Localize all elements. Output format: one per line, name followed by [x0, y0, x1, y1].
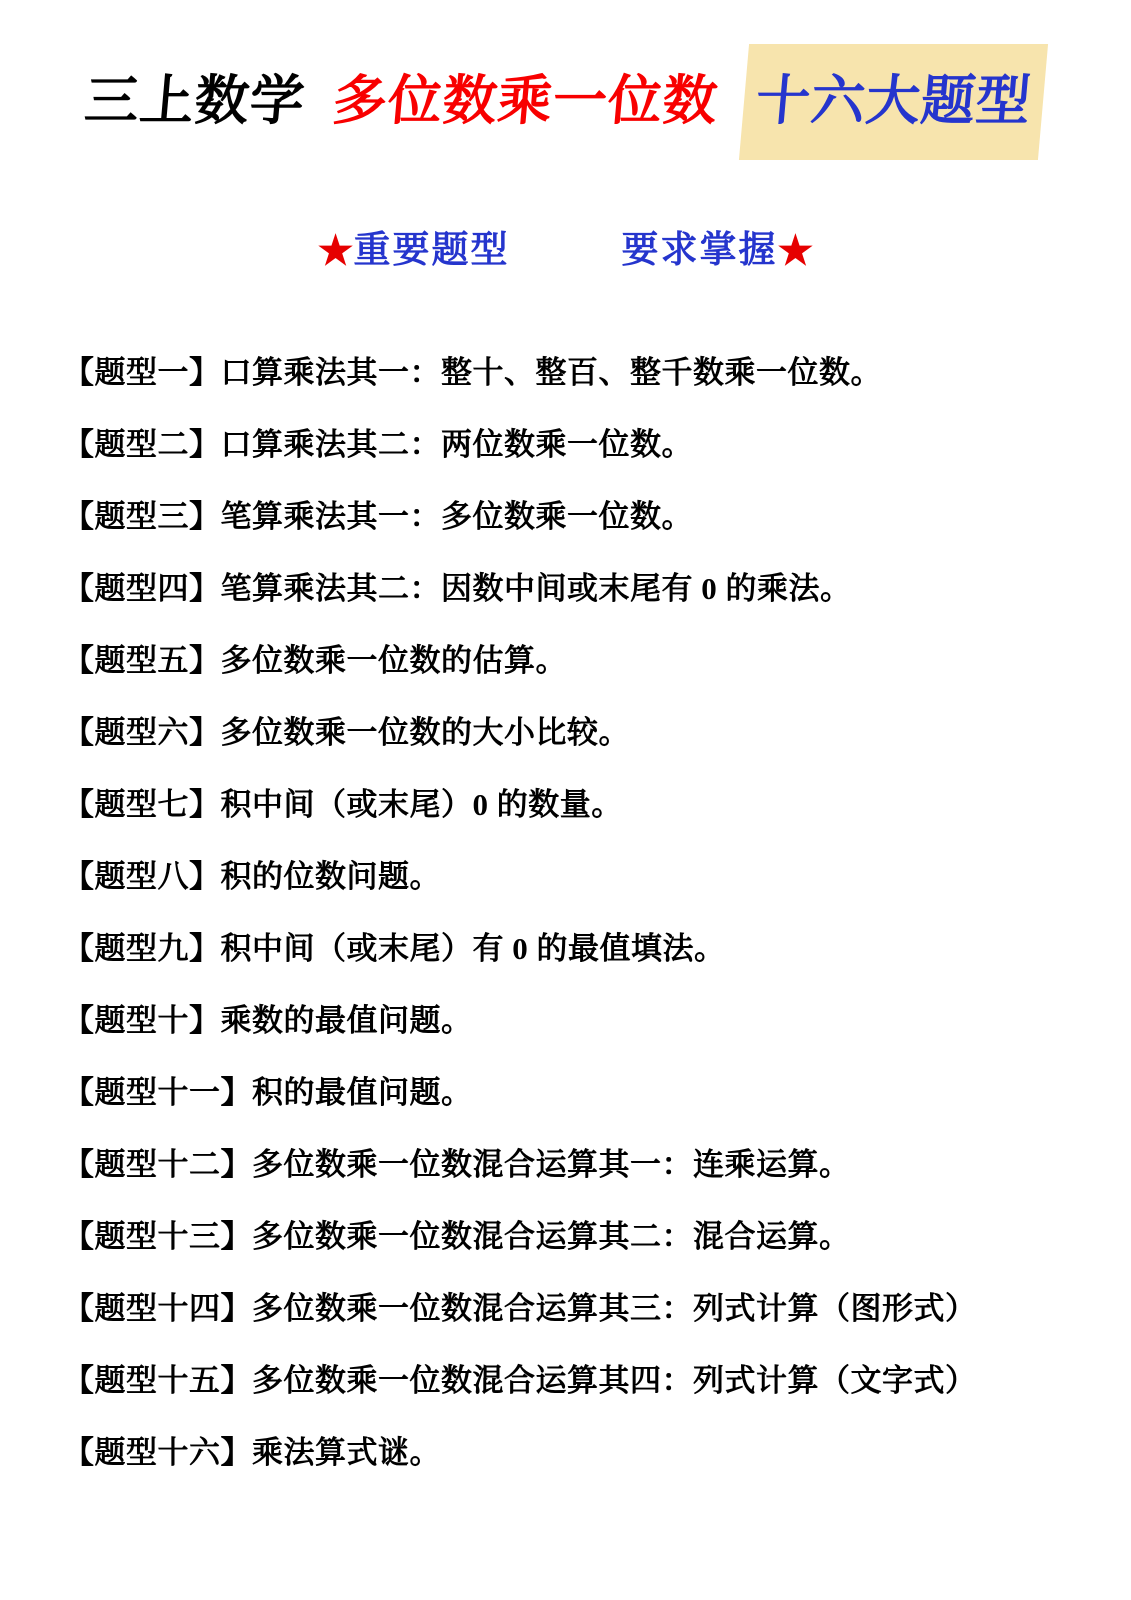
list-item: 【题型一】口算乘法其一：整十、整百、整千数乘一位数。: [63, 356, 1091, 390]
item-label: 【题型八】: [63, 859, 221, 894]
document-page: 三上数学多位数乘一位数十六大题型 ★重要题型 要求掌握★ 【题型一】口算乘法其一…: [0, 0, 1131, 1600]
question-type-list: 【题型一】口算乘法其一：整十、整百、整千数乘一位数。 【题型二】口算乘法其二：两…: [63, 356, 1091, 1470]
list-item: 【题型十四】多位数乘一位数混合运算其三：列式计算（图形式）: [63, 1292, 1091, 1326]
title-course-label: 三上数学: [81, 54, 309, 148]
subtitle-right-segment: 要求掌握★: [622, 226, 814, 276]
title-topic-label: 多位数乘一位数: [329, 54, 722, 148]
item-label: 【题型一】: [63, 355, 221, 390]
list-item: 【题型八】积的位数问题。: [63, 860, 1091, 894]
list-item: 【题型七】积中间（或末尾）0 的数量。: [63, 788, 1091, 822]
item-text: 积的最值问题。: [252, 1075, 473, 1110]
subtitle-left-segment: ★重要题型: [318, 226, 510, 276]
list-item: 【题型九】积中间（或末尾）有 0 的最值填法。: [63, 932, 1091, 966]
list-item: 【题型十一】积的最值问题。: [63, 1076, 1091, 1110]
subtitle-right-text: 要求掌握: [622, 226, 778, 276]
item-text: 多位数乘一位数混合运算其四：列式计算（文字式）: [252, 1363, 977, 1398]
item-text: 多位数乘一位数混合运算其一：连乘运算。: [252, 1147, 851, 1182]
item-label: 【题型十三】: [63, 1219, 252, 1254]
list-item: 【题型十六】乘法算式谜。: [63, 1436, 1091, 1470]
list-item: 【题型十五】多位数乘一位数混合运算其四：列式计算（文字式）: [63, 1364, 1091, 1398]
subtitle: ★重要题型 要求掌握★: [0, 226, 1131, 276]
item-text: 口算乘法其一：整十、整百、整千数乘一位数。: [221, 355, 883, 390]
page-title: 三上数学多位数乘一位数十六大题型: [85, 0, 1131, 160]
list-item: 【题型二】口算乘法其二：两位数乘一位数。: [63, 428, 1091, 462]
list-item: 【题型四】笔算乘法其二：因数中间或末尾有 0 的乘法。: [63, 572, 1091, 606]
item-label: 【题型四】: [63, 571, 221, 606]
title-count-highlight: 十六大题型: [739, 44, 1048, 160]
item-text: 多位数乘一位数混合运算其三：列式计算（图形式）: [252, 1291, 977, 1326]
item-text: 笔算乘法其二：因数中间或末尾有 0 的乘法。: [221, 571, 852, 606]
item-label: 【题型十一】: [63, 1075, 252, 1110]
item-label: 【题型十五】: [63, 1363, 252, 1398]
item-label: 【题型七】: [63, 787, 221, 822]
item-label: 【题型六】: [63, 715, 221, 750]
item-text: 积中间（或末尾）0 的数量。: [221, 787, 623, 822]
item-text: 多位数乘一位数混合运算其二：混合运算。: [252, 1219, 851, 1254]
star-icon: ★: [318, 226, 354, 276]
item-label: 【题型十六】: [63, 1435, 252, 1470]
item-label: 【题型九】: [63, 931, 221, 966]
list-item: 【题型十三】多位数乘一位数混合运算其二：混合运算。: [63, 1220, 1091, 1254]
list-item: 【题型十】乘数的最值问题。: [63, 1004, 1091, 1038]
item-text: 笔算乘法其一：多位数乘一位数。: [221, 499, 694, 534]
item-label: 【题型三】: [63, 499, 221, 534]
item-label: 【题型五】: [63, 643, 221, 678]
list-item: 【题型六】多位数乘一位数的大小比较。: [63, 716, 1091, 750]
item-label: 【题型十二】: [63, 1147, 252, 1182]
item-text: 积的位数问题。: [221, 859, 442, 894]
item-label: 【题型十四】: [63, 1291, 252, 1326]
item-label: 【题型二】: [63, 427, 221, 462]
item-text: 多位数乘一位数的大小比较。: [221, 715, 631, 750]
item-text: 乘数的最值问题。: [221, 1003, 473, 1038]
item-text: 乘法算式谜。: [252, 1435, 441, 1470]
subtitle-left-text: 重要题型: [354, 226, 510, 276]
item-text: 多位数乘一位数的估算。: [221, 643, 568, 678]
list-item: 【题型十二】多位数乘一位数混合运算其一：连乘运算。: [63, 1148, 1091, 1182]
item-text: 口算乘法其二：两位数乘一位数。: [221, 427, 694, 462]
item-text: 积中间（或末尾）有 0 的最值填法。: [221, 931, 726, 966]
list-item: 【题型三】笔算乘法其一：多位数乘一位数。: [63, 500, 1091, 534]
item-label: 【题型十】: [63, 1003, 221, 1038]
list-item: 【题型五】多位数乘一位数的估算。: [63, 644, 1091, 678]
star-icon: ★: [778, 226, 814, 276]
